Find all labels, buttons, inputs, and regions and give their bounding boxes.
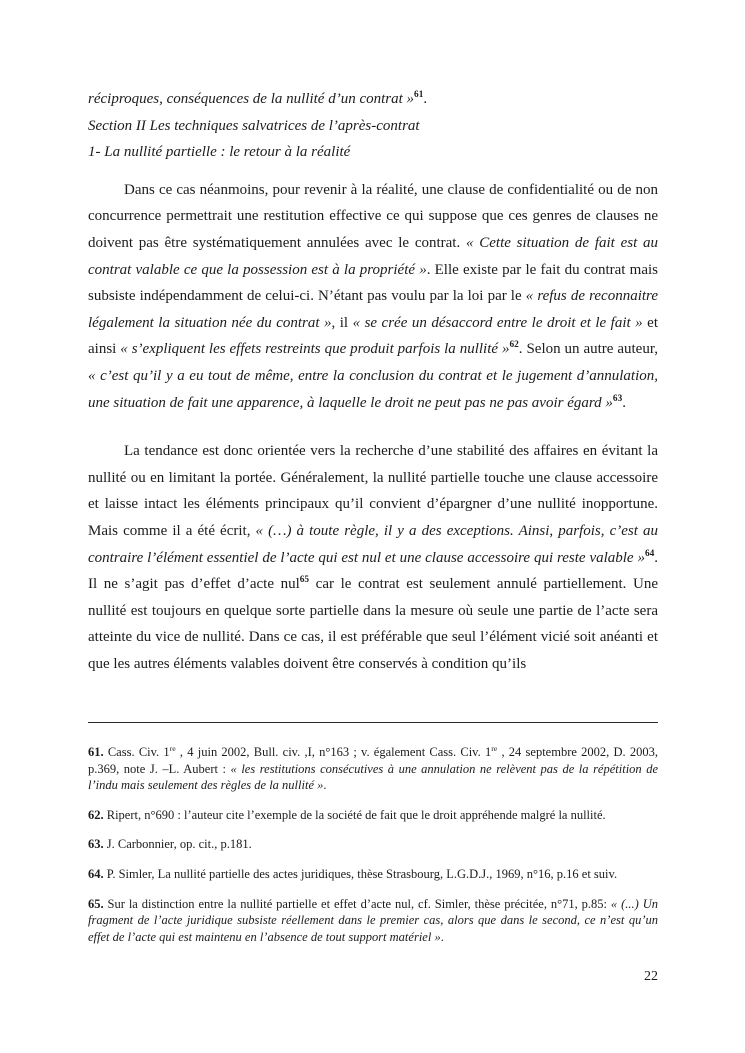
quote-continuation-line: réciproques, conséquences de la nullité … [88, 86, 658, 113]
text-run: Sur la distinction entre la nullité part… [104, 897, 611, 911]
text-run: , il [332, 315, 353, 331]
text-run: « se crée un désaccord entre le droit et… [353, 315, 643, 331]
text-run: . [622, 395, 626, 411]
text-run: . [441, 930, 444, 944]
footnote-reference: 65 [300, 575, 309, 585]
text-run: Cass. Civ. 1 [104, 745, 170, 759]
footnote-65: 65. Sur la distinction entre la nullité … [88, 896, 658, 946]
document-page: réciproques, conséquences de la nullité … [0, 0, 745, 1053]
text-run: Ripert, n°690 : l’auteur cite l’exemple … [104, 808, 606, 822]
text-run: 63. [88, 837, 104, 851]
text-run: . [423, 91, 427, 107]
body-paragraph: Dans ce cas néanmoins, pour revenir à la… [88, 177, 658, 416]
footnote-64: 64. P. Simler, La nullité partielle des … [88, 866, 658, 883]
page-number: 22 [644, 969, 658, 985]
section-heading: Section II Les techniques salvatrices de… [88, 113, 658, 140]
footnote-63: 63. J. Carbonnier, op. cit., p.181. [88, 836, 658, 853]
footnote-section: 61. Cass. Civ. 1re , 4 juin 2002, Bull. … [88, 722, 658, 958]
text-run: 61. [88, 745, 104, 759]
text-run: . Selon un autre auteur, [519, 341, 658, 357]
footnote-separator [88, 722, 658, 723]
footnote-reference: 63 [613, 394, 622, 404]
body-text-block: réciproques, conséquences de la nullité … [88, 86, 658, 677]
body-paragraph: La tendance est donc orientée vers la re… [88, 438, 658, 677]
text-run: . [323, 778, 326, 792]
footnote-62: 62. Ripert, n°690 : l’auteur cite l’exem… [88, 807, 658, 824]
text-run: « s’expliquent les effets restreints que… [120, 341, 509, 357]
footnote-61: 61. Cass. Civ. 1re , 4 juin 2002, Bull. … [88, 744, 658, 794]
text-run: 62. [88, 808, 104, 822]
text-run: « c’est qu’il y a eu tout de même, entre… [88, 368, 658, 411]
footnote-reference: 61 [414, 90, 423, 100]
text-run: 65. [88, 897, 104, 911]
footnote-reference: 64 [645, 549, 654, 559]
text-run: J. Carbonnier, op. cit., p.181. [104, 837, 252, 851]
text-run: réciproques, conséquences de la nullité … [88, 91, 414, 107]
text-run: P. Simler, La nullité partielle des acte… [104, 867, 617, 881]
footnote-reference: 62 [509, 340, 518, 350]
text-run: , 4 juin 2002, Bull. civ. ,I, n°163 ; v.… [176, 745, 492, 759]
subsection-heading: 1- La nullité partielle : le retour à la… [88, 139, 658, 166]
text-run: 64. [88, 867, 104, 881]
